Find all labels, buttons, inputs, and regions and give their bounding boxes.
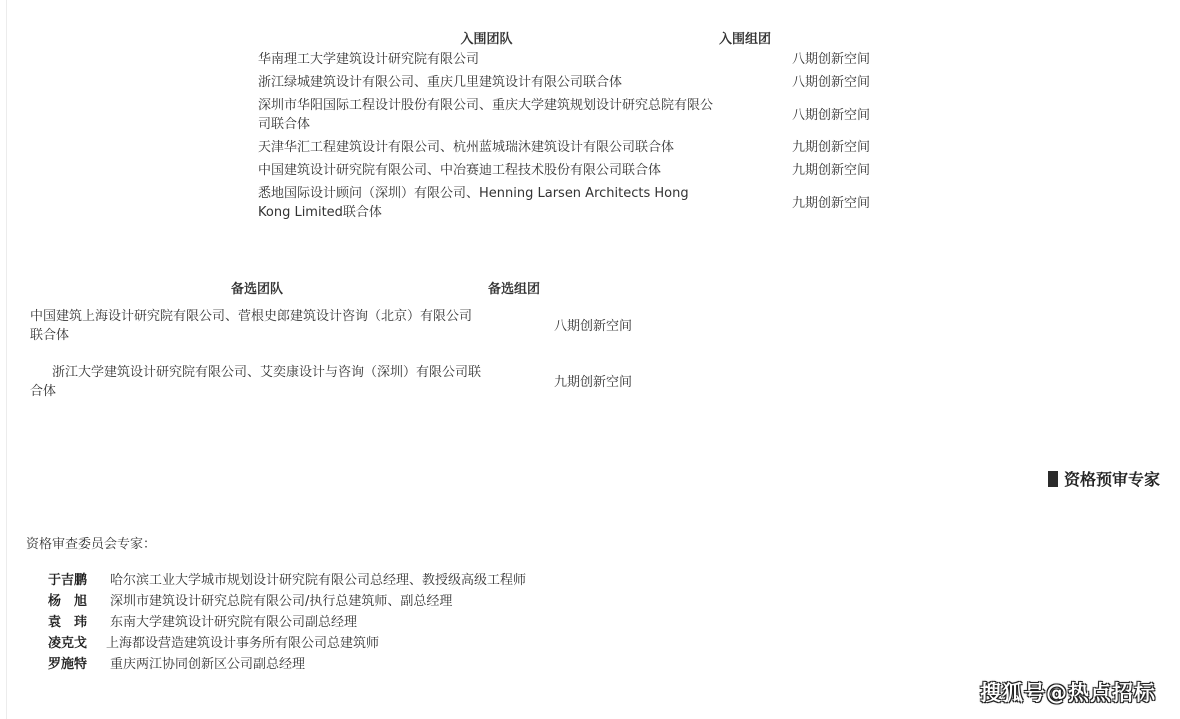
team-name-cell: 浙江大学建筑设计研究院有限公司、艾奕康设计与咨询（深圳）有限公司联合体 [26,354,488,410]
list-item: 凌克戈 上海都设营造建筑设计事务所有限公司总建筑师 [48,631,526,652]
table-row: 浙江绿城建筑设计有限公司、重庆几里建筑设计有限公司联合体 八期创新空间 [254,71,874,94]
group-name: 九期创新空间 [719,182,874,224]
header-alternate-team: 备选团队 [26,276,488,298]
shortlisted-teams-table: 入围团队 入围组团 华南理工大学建筑设计研究院有限公司 八期创新空间 浙江绿城建… [254,26,874,224]
table-row: 悉地国际设计顾问（深圳）有限公司、Henning Larsen Architec… [254,182,874,224]
list-item: 袁玮 东南大学建筑设计研究院有限公司副总经理 [48,610,526,631]
table-header-row: 入围团队 入围组团 [254,26,874,48]
table-header-row: 备选团队 备选组团 [26,276,646,298]
section-heading: 资格预审专家 [1048,467,1160,490]
expert-title: 重庆两江协同创新区公司副总经理 [110,653,305,672]
header-alternate-group: 备选组团 [488,276,646,298]
team-name: 深圳市华阳国际工程设计股份有限公司、重庆大学建筑规划设计研究总院有限公司联合体 [254,94,719,136]
committee-label: 资格审查委员会专家： [26,533,156,552]
header-shortlisted-group: 入围组团 [719,26,874,48]
table-row: 中国建筑上海设计研究院有限公司、菅根史郎建筑设计咨询（北京）有限公司联合体 八期… [26,298,646,354]
team-name: 中国建筑设计研究院有限公司、中冶赛迪工程技术股份有限公司联合体 [254,159,719,182]
table-row: 浙江大学建筑设计研究院有限公司、艾奕康设计与咨询（深圳）有限公司联合体 九期创新… [26,354,646,410]
expert-name: 于吉鹏 [48,569,110,588]
team-name: 浙江绿城建筑设计有限公司、重庆几里建筑设计有限公司联合体 [254,71,719,94]
expert-name: 罗施特 [48,653,110,672]
expert-title: 哈尔滨工业大学城市规划设计研究院有限公司总经理、教授级高级工程师 [110,569,526,588]
table-row: 中国建筑设计研究院有限公司、中冶赛迪工程技术股份有限公司联合体 九期创新空间 [254,159,874,182]
expert-title: 东南大学建筑设计研究院有限公司副总经理 [110,611,357,630]
section-heading-text: 资格预审专家 [1064,467,1160,490]
group-name: 九期创新空间 [719,136,874,159]
expert-name: 凌克戈 [48,632,106,651]
expert-name: 杨旭 [48,590,110,609]
team-name: 悉地国际设计顾问（深圳）有限公司、Henning Larsen Architec… [254,182,719,224]
group-name: 八期创新空间 [488,298,646,354]
heading-bar-icon [1048,471,1058,487]
list-item: 于吉鹏 哈尔滨工业大学城市规划设计研究院有限公司总经理、教授级高级工程师 [48,568,526,589]
experts-list: 于吉鹏 哈尔滨工业大学城市规划设计研究院有限公司总经理、教授级高级工程师 杨旭 … [48,568,526,673]
group-name: 八期创新空间 [719,94,874,136]
list-item: 杨旭 深圳市建筑设计研究总院有限公司/执行总建筑师、副总经理 [48,589,526,610]
expert-name: 袁玮 [48,611,110,630]
alternate-teams-table: 备选团队 备选组团 中国建筑上海设计研究院有限公司、菅根史郎建筑设计咨询（北京）… [26,276,646,410]
header-shortlisted-team: 入围团队 [254,26,719,48]
group-name: 八期创新空间 [719,71,874,94]
team-name: 中国建筑上海设计研究院有限公司、菅根史郎建筑设计咨询（北京）有限公司联合体 [26,298,488,354]
table-row: 华南理工大学建筑设计研究院有限公司 八期创新空间 [254,48,874,71]
watermark: 搜狐号@热点招标 [980,677,1156,707]
left-border-rule [6,0,7,719]
list-item: 罗施特 重庆两江协同创新区公司副总经理 [48,652,526,673]
team-name: 天津华汇工程建筑设计有限公司、杭州蓝城瑞沐建筑设计有限公司联合体 [254,136,719,159]
team-name: 浙江大学建筑设计研究院有限公司、艾奕康设计与咨询（深圳）有限公司联合体 [30,365,481,399]
table-row: 天津华汇工程建筑设计有限公司、杭州蓝城瑞沐建筑设计有限公司联合体 九期创新空间 [254,136,874,159]
group-name: 八期创新空间 [719,48,874,71]
group-name: 九期创新空间 [719,159,874,182]
group-name: 九期创新空间 [488,354,646,410]
table-row: 深圳市华阳国际工程设计股份有限公司、重庆大学建筑规划设计研究总院有限公司联合体 … [254,94,874,136]
team-name: 华南理工大学建筑设计研究院有限公司 [254,48,719,71]
expert-title: 深圳市建筑设计研究总院有限公司/执行总建筑师、副总经理 [110,590,452,609]
expert-title: 上海都设营造建筑设计事务所有限公司总建筑师 [106,632,379,651]
